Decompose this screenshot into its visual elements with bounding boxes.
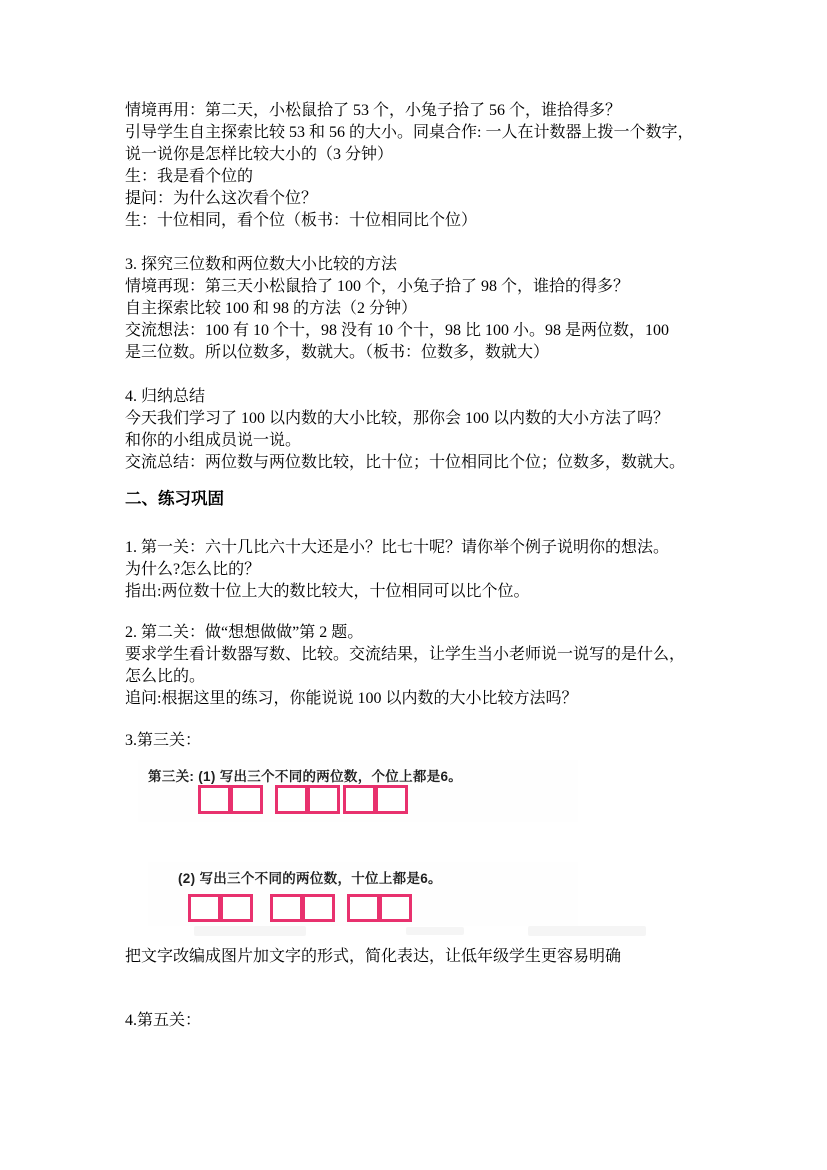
document-page: 情境再用：第二天，小松鼠拾了 53 个，小兔子拾了 56 个，谁拾得多？ 引导学… — [0, 0, 827, 1170]
answer-slot — [188, 894, 253, 922]
paragraph-third-pass-label: 3.第三关： — [125, 730, 201, 752]
answer-box — [188, 894, 221, 922]
paragraph-situation-reuse: 情境再用：第二天，小松鼠拾了 53 个，小兔子拾了 56 个，谁拾得多？ 引导学… — [125, 100, 693, 232]
exercise-2-title: (2) 写出三个不同的两位数，十位上都是6。 — [178, 867, 442, 887]
text-line: 1. 第一关：六十几比六十大还是小？比七十呢？请你举个例子说明你的想法。 — [125, 537, 669, 559]
paragraph-first-pass: 1. 第一关：六十几比六十大还是小？比七十呢？请你举个例子说明你的想法。 为什么… — [125, 537, 669, 603]
answer-box — [270, 894, 303, 922]
text-line: 怎么比的。 — [125, 666, 685, 688]
answer-box — [302, 894, 335, 922]
text-line: 自主探索比较 100 和 98 的方法（2 分钟） — [125, 298, 669, 320]
text-line: 生：十位相同，看个位（板书：十位相同比个位） — [125, 210, 693, 232]
text-line: 说一说你是怎样比较大小的（3 分钟） — [125, 144, 693, 166]
answer-box — [379, 894, 412, 922]
text-line: 和你的小组成员说一说。 — [125, 430, 685, 452]
answer-slot — [347, 894, 412, 922]
text-line: 情境再用：第二天，小松鼠拾了 53 个，小兔子拾了 56 个，谁拾得多？ — [125, 100, 693, 122]
image-artifact — [406, 927, 464, 935]
exercise-image-1: 第三关: (1) 写出三个不同的两位数，个位上都是6。 — [138, 760, 578, 822]
text-line: 追问:根据这里的练习，你能说说 100 以内数的大小比较方法吗？ — [125, 688, 685, 710]
text-line: 3.第三关： — [125, 730, 201, 752]
text-line: 把文字改编成图片加文字的形式，简化表达，让低年级学生更容易明确 — [125, 946, 621, 968]
text-line: 情境再现：第三天小松鼠拾了 100 个，小兔子拾了 98 个，谁拾的得多？ — [125, 276, 669, 298]
answer-box — [307, 785, 340, 814]
answer-slot — [270, 894, 335, 922]
text-line: 生：我是看个位的 — [125, 166, 693, 188]
text-line: 4.第五关： — [125, 1010, 201, 1032]
paragraph-explore-three-digit: 3. 探究三位数和两位数大小比较的方法 情境再现：第三天小松鼠拾了 100 个，… — [125, 254, 669, 364]
text-line: 要求学生看计数器写数、比较。交流结果，让学生当小老师说一说写的是什么， — [125, 644, 685, 666]
answer-slot — [275, 785, 340, 814]
text-line: 交流想法：100 有 10 个十，98 没有 10 个十，98 比 100 小。… — [125, 320, 669, 342]
answer-box — [343, 785, 376, 814]
text-line: 引导学生自主探索比较 53 和 56 的大小。同桌合作: 一人在计数器上拨一个数… — [125, 122, 693, 144]
answer-box — [230, 785, 263, 814]
text-line: 4. 归纳总结 — [125, 386, 685, 408]
paragraph-fifth-pass-label: 4.第五关： — [125, 1010, 201, 1032]
answer-slot — [343, 785, 408, 814]
text-line: 今天我们学习了 100 以内数的大小比较，那你会 100 以内数的大小方法了吗？ — [125, 408, 685, 430]
image-artifact — [194, 926, 306, 936]
section-heading: 二、练习巩固 — [125, 488, 224, 510]
text-line: 指出:两位数十位上大的数比较大，十位相同可以比个位。 — [125, 581, 669, 603]
paragraph-summary: 4. 归纳总结 今天我们学习了 100 以内数的大小比较，那你会 100 以内数… — [125, 386, 685, 474]
exercise-1-title: 第三关: (1) 写出三个不同的两位数，个位上都是6。 — [148, 765, 462, 785]
text-line: 2. 第二关：做“想想做做”第 2 题。 — [125, 622, 685, 644]
text-line: 是三位数。所以位数多，数就大。（板书：位数多，数就大） — [125, 342, 669, 364]
exercise-image-2: (2) 写出三个不同的两位数，十位上都是6。 — [148, 862, 578, 926]
text-line: 3. 探究三位数和两位数大小比较的方法 — [125, 254, 669, 276]
answer-box — [375, 785, 408, 814]
answer-box — [198, 785, 231, 814]
answer-slot — [198, 785, 263, 814]
text-line: 交流总结：两位数与两位数比较，比十位；十位相同比个位；位数多，数就大。 — [125, 452, 685, 474]
answer-box — [275, 785, 308, 814]
text-line: 提问：为什么这次看个位？ — [125, 188, 693, 210]
image-artifact — [528, 926, 646, 936]
paragraph-note: 把文字改编成图片加文字的形式，简化表达，让低年级学生更容易明确 — [125, 946, 621, 968]
answer-box — [220, 894, 253, 922]
answer-box — [347, 894, 380, 922]
paragraph-second-pass: 2. 第二关：做“想想做做”第 2 题。 要求学生看计数器写数、比较。交流结果，… — [125, 622, 685, 710]
text-line: 为什么?怎么比的？ — [125, 559, 669, 581]
